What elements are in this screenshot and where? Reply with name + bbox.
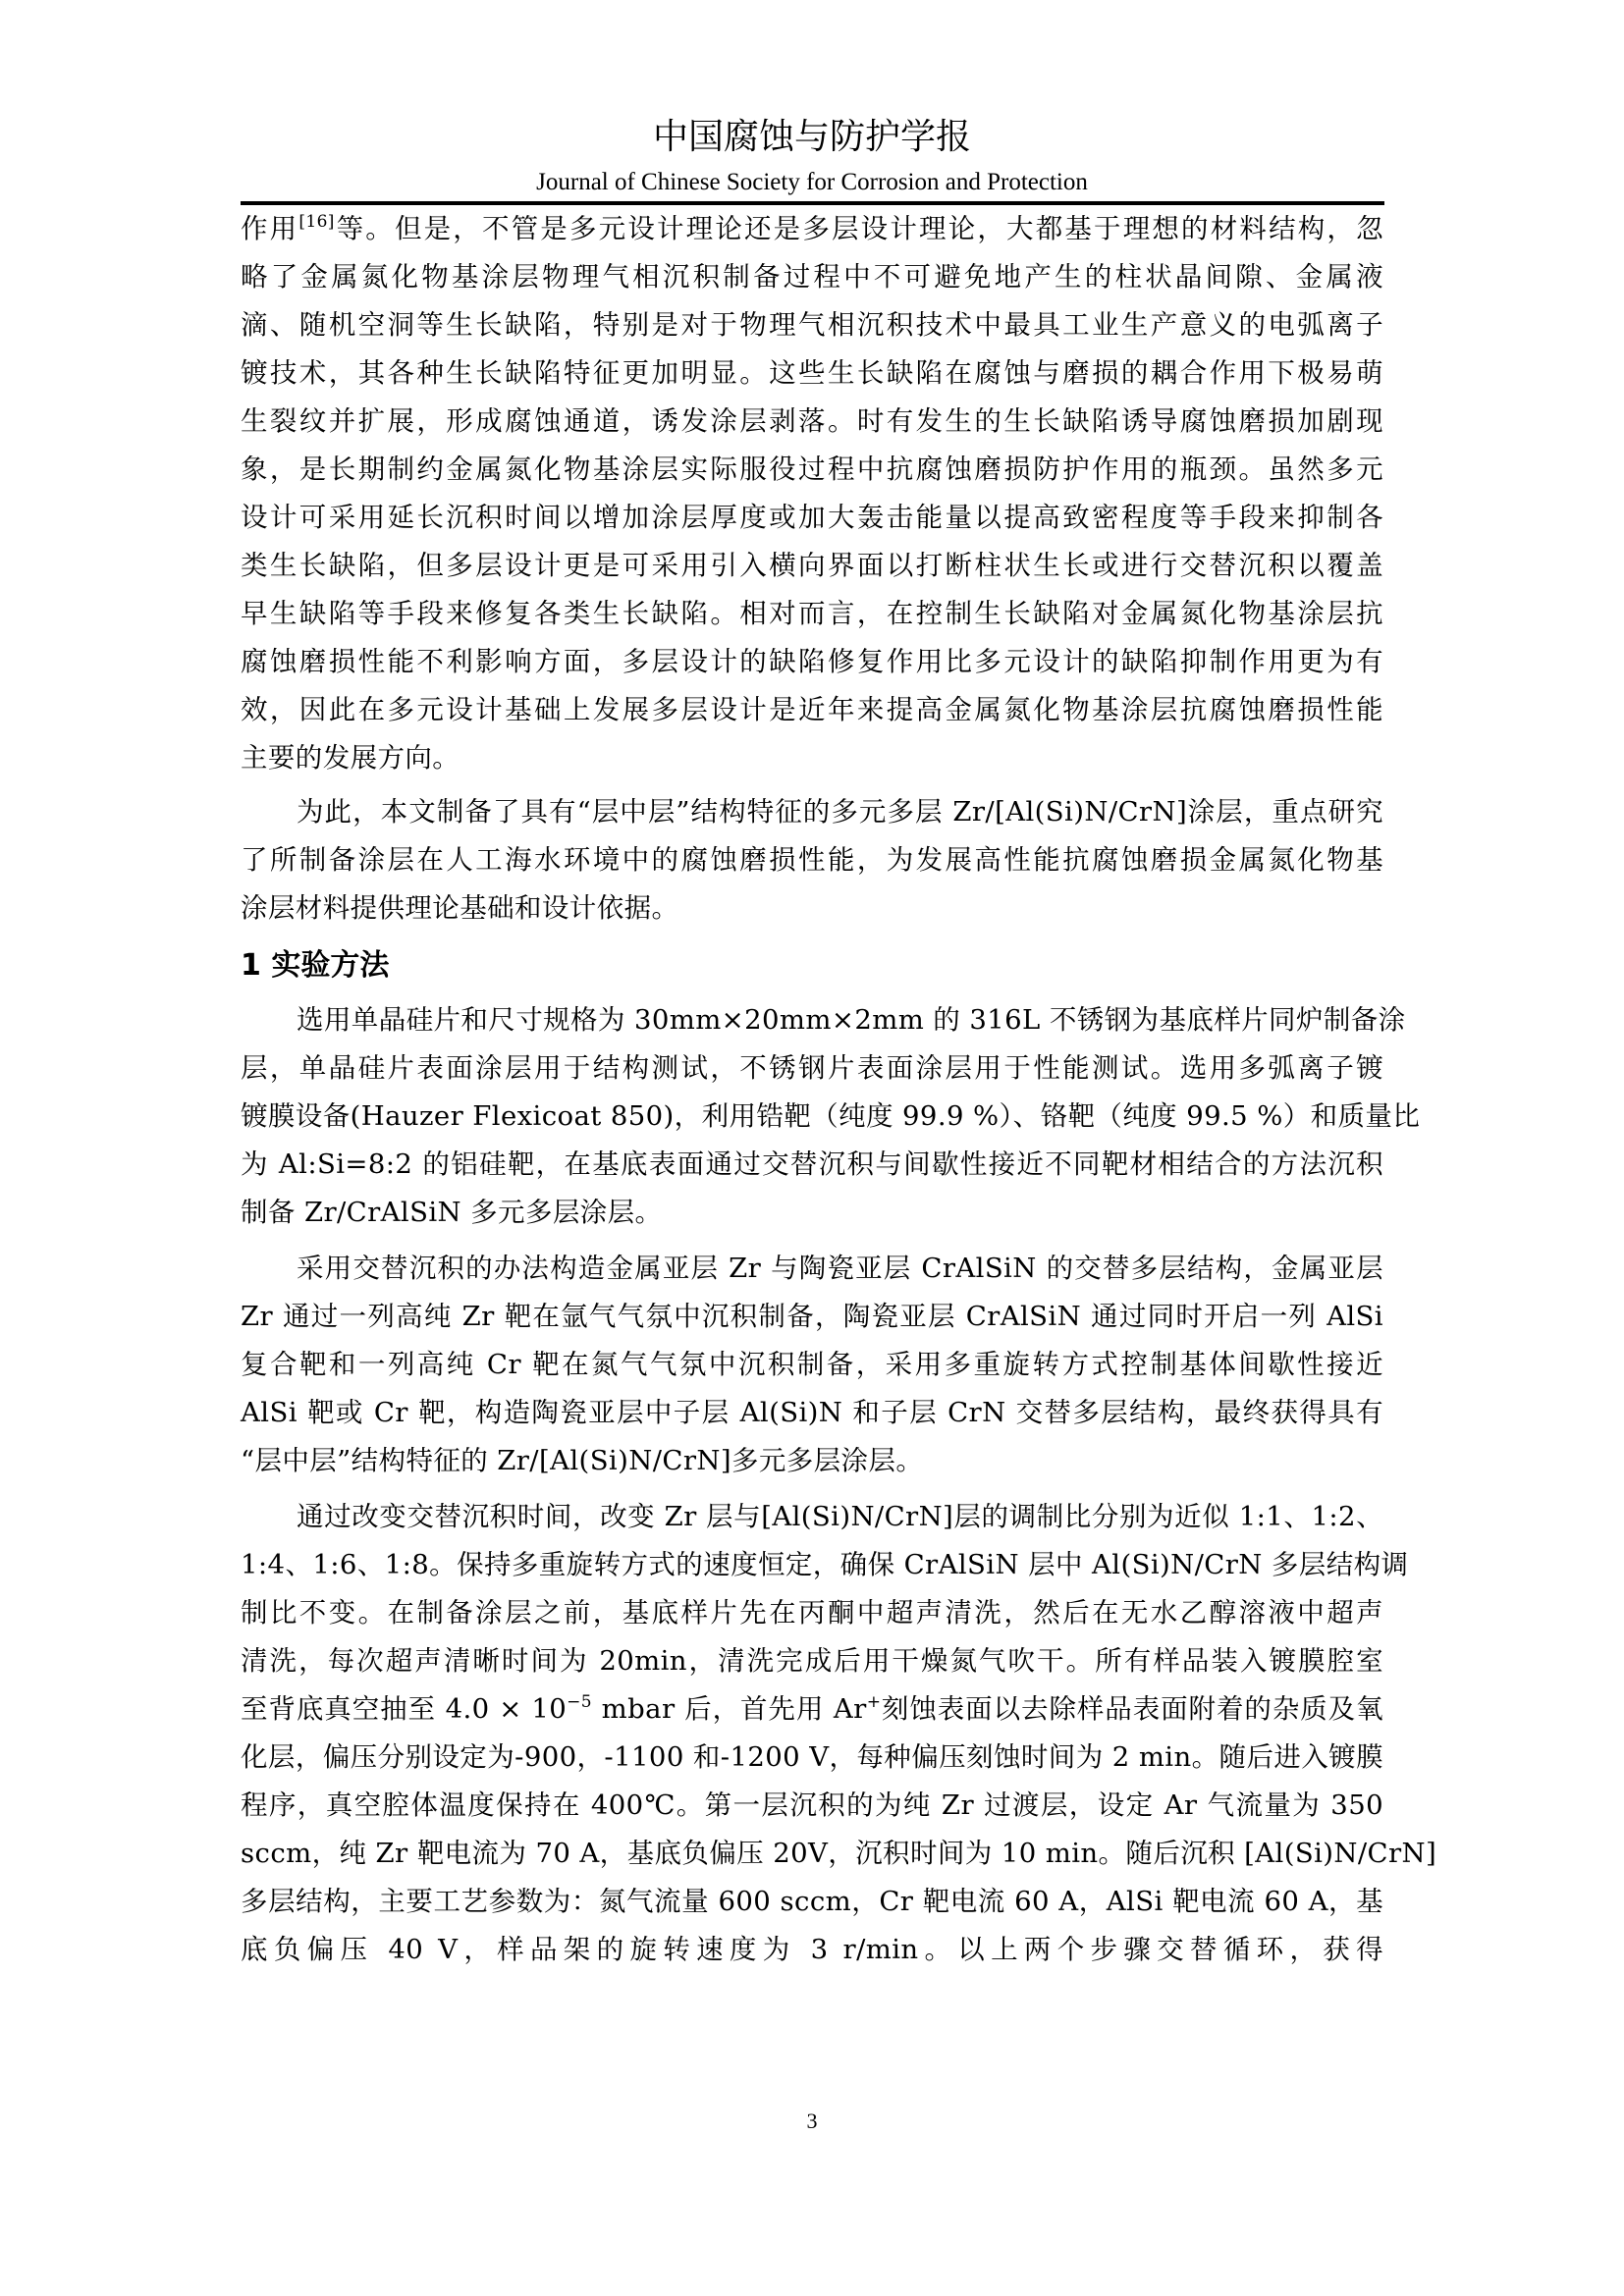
text-line: 1:4、1:6、1:8。保持多重旋转方式的速度恒定，确保 CrAlSiN 层中 … [241,1541,1383,1589]
journal-title-english: Journal of Chinese Society for Corrosion… [0,168,1624,197]
section-title: 1 实验方法 [241,937,1383,993]
text-line: Zr 通过一列高纯 Zr 靶在氩气气氛中沉积制备，陶瓷亚层 CrAlSiN 通过… [241,1293,1383,1341]
text-line: 化层，偏压分别设定为-900，-1100 和-1200 V，每种偏压刻蚀时间为 … [241,1734,1383,1782]
text-line: 至背底真空抽至 4.0 × 10−5 mbar 后，首先用 Ar+刻蚀表面以去除… [241,1685,1383,1734]
text-line: 类生长缺陷，但多层设计更是可采用引入横向界面以打断柱状生长或进行交替沉积以覆盖 [241,542,1383,590]
text-line: 设计可采用延长沉积时间以增加涂层厚度或加大轰击能量以提高致密程度等手段来抑制各 [241,494,1383,542]
page-number: 3 [0,2109,1624,2134]
text-line: 早生缺陷等手段来修复各类生长缺陷。相对而言，在控制生长缺陷对金属氮化物基涂层抗 [241,590,1383,638]
text-line: “层中层”结构特征的 Zr/[Al(Si)N/CrN]多元多层涂层。 [241,1437,1383,1485]
text-line: 为 Al:Si=8:2 的铝硅靶，在基底表面通过交替沉积与间歇性接近不同靶材相结… [241,1141,1383,1189]
text-line: 程序，真空腔体温度保持在 400℃。第一层沉积的为纯 Zr 过渡层，设定 Ar … [241,1782,1383,1830]
text-line: 象，是长期制约金属氮化物基涂层实际服役过程中抗腐蚀磨损防护作用的瓶颈。虽然多元 [241,446,1383,494]
text-line: 制备 Zr/CrAlSiN 多元多层涂层。 [241,1189,1383,1237]
text-line: 效，因此在多元设计基础上发展多层设计是近年来提高金属氮化物基涂层抗腐蚀磨损性能 [241,686,1383,734]
method-paragraph-2: 采用交替沉积的办法构造金属亚层 Zr 与陶瓷亚层 CrAlSiN 的交替多层结构… [241,1245,1383,1485]
text-line: 层，单晶硅片表面涂层用于结构测试，不锈钢片表面涂层用于性能测试。选用多弧离子镀 [241,1044,1383,1093]
method-paragraph-3: 通过改变交替沉积时间，改变 Zr 层与[Al(Si)N/CrN]层的调制比分别为… [241,1493,1383,1974]
text-line: 主要的发展方向。 [241,734,1383,782]
text-line: 多层结构，主要工艺参数为：氮气流量 600 sccm，Cr 靶电流 60 A，A… [241,1878,1383,1926]
text-line: 通过改变交替沉积时间，改变 Zr 层与[Al(Si)N/CrN]层的调制比分别为… [241,1493,1383,1541]
text-line: 镀技术，其各种生长缺陷特征更加明显。这些生长缺陷在腐蚀与磨损的耦合作用下极易萌 [241,349,1383,398]
text-line: 采用交替沉积的办法构造金属亚层 Zr 与陶瓷亚层 CrAlSiN 的交替多层结构… [241,1245,1383,1293]
text-line: 选用单晶硅片和尺寸规格为 30mm×20mm×2mm 的 316L 不锈钢为基底… [241,996,1383,1044]
text-line: 生裂纹并扩展，形成腐蚀通道，诱发涂层剥落。时有发生的生长缺陷诱导腐蚀磨损加剧现 [241,398,1383,446]
method-paragraph-1: 选用单晶硅片和尺寸规格为 30mm×20mm×2mm 的 316L 不锈钢为基底… [241,996,1383,1237]
citation-ref: [16] [298,212,335,232]
exponent: −5 [567,1692,592,1712]
text-line: 清洗，每次超声清晰时间为 20min，清洗完成后用干燥氮气吹干。所有样品装入镀膜… [241,1637,1383,1685]
text-line: AlSi 靶或 Cr 靶，构造陶瓷亚层中子层 Al(Si)N 和子层 CrN 交… [241,1389,1383,1437]
ion-charge: + [867,1692,882,1712]
intro-paragraph-1: 作用[16]等。但是，不管是多元设计理论还是多层设计理论，大都基于理想的材料结构… [241,205,1383,782]
text-line: 制比不变。在制备涂层之前，基底样片先在丙酮中超声清洗，然后在无水乙醇溶液中超声 [241,1589,1383,1637]
text-line: sccm，纯 Zr 靶电流为 70 A，基底负偏压 20V，沉积时间为 10 m… [241,1830,1383,1878]
text-line: 为此，本文制备了具有“层中层”结构特征的多元多层 Zr/[Al(Si)N/CrN… [241,788,1383,836]
intro-paragraph-2: 为此，本文制备了具有“层中层”结构特征的多元多层 Zr/[Al(Si)N/CrN… [241,788,1383,933]
text-line: 略了金属氮化物基涂层物理气相沉积制备过程中不可避免地产生的柱状晶间隙、金属液 [241,253,1383,301]
text-line: 腐蚀磨损性能不利影响方面，多层设计的缺陷修复作用比多元设计的缺陷抑制作用更为有 [241,638,1383,686]
text-line: 复合靶和一列高纯 Cr 靶在氮气气氛中沉积制备，采用多重旋转方式控制基体间歇性接… [241,1341,1383,1389]
section-heading: 1 实验方法 [241,937,1383,993]
text-line: 滴、随机空洞等生长缺陷，特别是对于物理气相沉积技术中最具工业生产意义的电弧离子 [241,301,1383,349]
text-line: 涂层材料提供理论基础和设计依据。 [241,884,1383,933]
text-line: 底负偏压 40 V，样品架的旋转速度为 3 r/min。以上两个步骤交替循环，获… [241,1926,1383,1974]
journal-title-chinese: 中国腐蚀与防护学报 [0,116,1624,159]
text-line: 作用[16]等。但是，不管是多元设计理论还是多层设计理论，大都基于理想的材料结构… [241,205,1383,253]
text-line: 镀膜设备(Hauzer Flexicoat 850)，利用锆靶（纯度 99.9 … [241,1093,1383,1141]
text-line: 了所制备涂层在人工海水环境中的腐蚀磨损性能，为发展高性能抗腐蚀磨损金属氮化物基 [241,836,1383,884]
